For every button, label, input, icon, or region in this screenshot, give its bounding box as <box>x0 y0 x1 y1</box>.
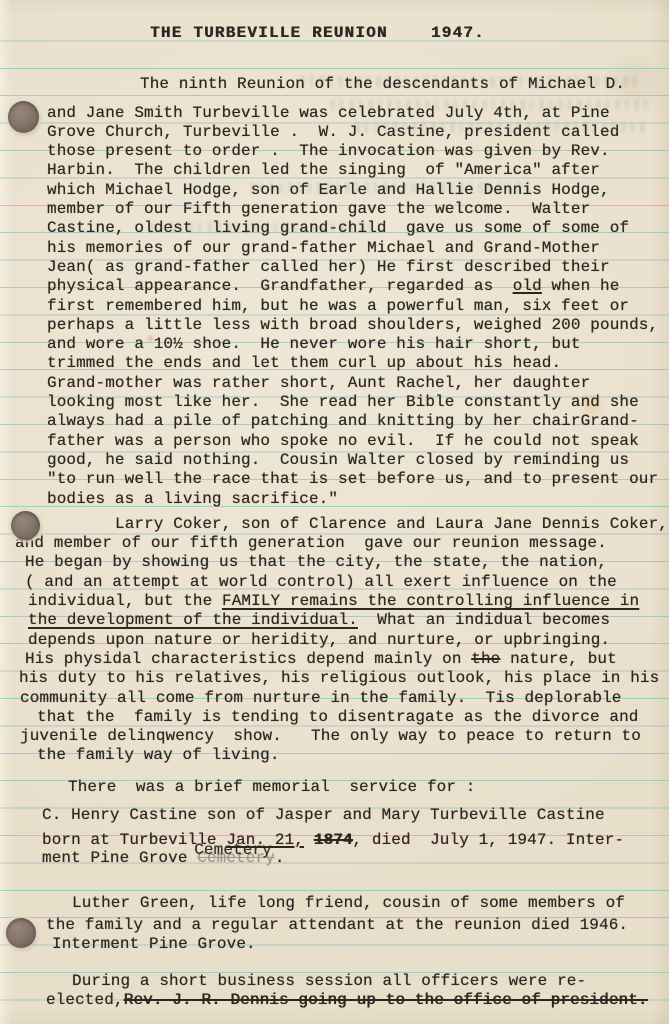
text-line: ment Pine Grove CemeteryCemetery. <box>42 849 669 868</box>
text-segment: Rev. J. R. Dennis going up to the office… <box>124 991 648 1009</box>
text-segment: and wore a 10½ shoe. He never wore his h… <box>47 335 581 353</box>
paragraph: During a short business session all offi… <box>0 972 669 1011</box>
correction-text: Cemetery <box>194 841 272 860</box>
text-segment: the <box>471 650 500 668</box>
text-segment: that the family is tending to disentraga… <box>37 708 639 726</box>
scanned-page: THE TURBEVILLE REUNION 1947. The ninth R… <box>0 0 669 1024</box>
text-line: member of our Fifth generation gave the … <box>47 200 669 219</box>
text-segment: his memories of our grand-father Michael… <box>47 239 600 257</box>
text-line: Grand-mother was rather short, Aunt Rach… <box>47 374 669 393</box>
text-segment: Larry Coker, son of Clarence and Laura J… <box>115 515 668 533</box>
punch-hole <box>8 101 39 133</box>
text-segment: physical appearance. Grandfather, regard… <box>47 277 513 295</box>
text-segment: and Jane Smith Turbeville was celebrated… <box>47 104 610 122</box>
text-line: father was a person who spoke no evil. I… <box>47 432 669 451</box>
text-segment: What an indidual becomes <box>358 611 610 629</box>
text-line: trimmed the ends and let them curl up ab… <box>47 354 669 373</box>
text-segment: looking most like her. She read her Bibl… <box>47 393 639 411</box>
text-segment: C. Henry Castine son of Jasper and Mary … <box>42 806 605 824</box>
text-line: "to run well the race that is set before… <box>47 470 669 489</box>
text-line: his duty to his relatives, his religious… <box>19 669 669 688</box>
text-line: the development of the individual. What … <box>28 611 669 630</box>
text-segment: individual, but the <box>28 592 222 610</box>
text-segment: always had a pile of patching and knitti… <box>47 412 639 430</box>
text-segment: nature, but <box>500 650 616 668</box>
text-segment: Jean( as grand-father called her) He fir… <box>47 258 610 276</box>
text-segment: the family and a regular attendant at th… <box>46 916 628 934</box>
text-segment: Castine, oldest living grand-child gave … <box>47 219 629 237</box>
text-segment: the family way of living. <box>37 746 280 764</box>
text-line: first remembered him, but he was a power… <box>47 297 669 316</box>
text-segment: "to run well the race that is set before… <box>47 470 658 488</box>
paragraph: Larry Coker, son of Clarence and Laura J… <box>0 515 669 766</box>
text-segment: His physidal characteristics depend main… <box>25 650 471 668</box>
text-line: always had a pile of patching and knitti… <box>47 412 669 431</box>
text-segment: his duty to his relatives, his religious… <box>19 669 659 687</box>
text-segment: Grand-mother was rather short, Aunt Rach… <box>47 374 590 392</box>
text-line: the family way of living. <box>37 746 669 765</box>
text-line: perhaps a little less with broad shoulde… <box>47 316 669 335</box>
text-segment: Luther Green, life long friend, cousin o… <box>72 894 625 912</box>
text-line: Luther Green, life long friend, cousin o… <box>72 894 669 913</box>
text-line: and Jane Smith Turbeville was celebrated… <box>47 104 669 123</box>
text-segment: ( and an attempt at world control) all e… <box>25 573 617 591</box>
text-line: physical appearance. Grandfather, regard… <box>47 277 669 296</box>
text-line: C. Henry Castine son of Jasper and Mary … <box>42 806 669 825</box>
typewritten-text: THE TURBEVILLE REUNION 1947. The ninth R… <box>0 0 669 1024</box>
text-segment: old <box>513 277 542 295</box>
text-segment: which Michael Hodge, son of Earle and Ha… <box>47 181 610 199</box>
text-line: Grove Church, Turbeville . W. J. Castine… <box>47 123 669 142</box>
text-line: Jean( as grand-father called her) He fir… <box>47 258 669 277</box>
text-segment: member of our Fifth generation gave the … <box>47 200 590 218</box>
paragraph: C. Henry Castine son of Jasper and Mary … <box>0 806 669 868</box>
text-segment: community all come from nurture in the f… <box>20 689 622 707</box>
text-segment: Interment Pine Grove. <box>52 935 256 953</box>
text-segment: first remembered him, but he was a power… <box>47 297 629 315</box>
paragraph: Luther Green, life long friend, cousin o… <box>0 894 669 955</box>
text-segment: There was a brief memorial service for : <box>68 778 475 796</box>
overtyped-correction: CemeteryCemetery <box>197 849 275 868</box>
text-line: individual, but the FAMILY remains the c… <box>28 592 669 611</box>
text-line: elected,Rev. J. R. Dennis going up to th… <box>46 991 669 1010</box>
text-line: and member of our fifth generation gave … <box>15 534 669 553</box>
text-segment: perhaps a little less with broad shoulde… <box>47 316 658 334</box>
text-segment: when he <box>542 277 620 295</box>
text-line: bodies as a living sacrifice." <box>47 490 669 509</box>
text-segment: Grove Church, Turbeville . W. J. Castine… <box>47 123 619 141</box>
text-line: juvenile delinqwency show. The only way … <box>20 727 669 746</box>
text-line: Harbin. The children led the singing of … <box>47 161 669 180</box>
text-segment: , died July 1, 1947. Inter- <box>352 831 624 849</box>
text-line: Interment Pine Grove. <box>52 935 669 954</box>
text-line: and wore a 10½ shoe. He never wore his h… <box>47 335 669 354</box>
text-line: The ninth Reunion of the descendants of … <box>140 75 669 94</box>
text-segment: and member of our fifth generation gave … <box>15 534 607 552</box>
text-line: the family and a regular attendant at th… <box>46 916 669 935</box>
text-line: good, he said nothing. Cousin Walter clo… <box>47 451 669 470</box>
text-segment <box>304 831 314 849</box>
text-segment: the development of the individual. <box>28 611 358 629</box>
punch-hole <box>6 918 36 948</box>
text-line: those present to order . The invocation … <box>47 142 669 161</box>
text-segment: elected, <box>46 991 124 1009</box>
text-line: his memories of our grand-father Michael… <box>47 239 669 258</box>
document-body: The ninth Reunion of the descendants of … <box>0 75 669 1010</box>
text-segment: FAMILY remains the controlling influence… <box>222 592 639 610</box>
text-segment: ment Pine Grove <box>42 849 197 867</box>
text-line: There was a brief memorial service for : <box>68 778 669 797</box>
page-title: THE TURBEVILLE REUNION 1947. <box>150 24 669 43</box>
text-segment: . <box>275 849 285 867</box>
text-segment: Harbin. The children led the singing of … <box>47 161 600 179</box>
text-segment: The ninth Reunion of the descendants of … <box>140 75 625 93</box>
text-line: that the family is tending to disentraga… <box>37 708 669 727</box>
text-segment: juvenile delinqwency show. The only way … <box>20 727 641 745</box>
text-segment: good, he said nothing. Cousin Walter clo… <box>47 451 629 469</box>
text-line: looking most like her. She read her Bibl… <box>47 393 669 412</box>
paragraph: The ninth Reunion of the descendants of … <box>0 75 669 509</box>
text-line: His physidal characteristics depend main… <box>25 650 669 669</box>
text-segment: He began by showing us that the city, th… <box>25 553 607 571</box>
text-segment: father was a person who spoke no evil. I… <box>47 432 639 450</box>
text-segment: trimmed the ends and let them curl up ab… <box>47 354 561 372</box>
text-line: community all come from nurture in the f… <box>20 689 669 708</box>
text-line: ( and an attempt at world control) all e… <box>25 573 669 592</box>
paragraph: There was a brief memorial service for : <box>0 778 669 797</box>
text-line: He began by showing us that the city, th… <box>25 553 669 572</box>
text-segment: bodies as a living sacrifice." <box>47 490 338 508</box>
text-segment: those present to order . The invocation … <box>47 142 610 160</box>
text-segment: 1874 <box>314 831 353 849</box>
text-line: Castine, oldest living grand-child gave … <box>47 219 669 238</box>
text-segment: During a short business session all offi… <box>72 972 586 990</box>
text-line: During a short business session all offi… <box>72 972 669 991</box>
text-line: which Michael Hodge, son of Earle and Ha… <box>47 181 669 200</box>
punch-hole <box>11 511 40 540</box>
text-line: depends upon nature or heridity, and nur… <box>28 631 669 650</box>
text-line: Larry Coker, son of Clarence and Laura J… <box>115 515 669 534</box>
text-segment: depends upon nature or heridity, and nur… <box>28 631 610 649</box>
